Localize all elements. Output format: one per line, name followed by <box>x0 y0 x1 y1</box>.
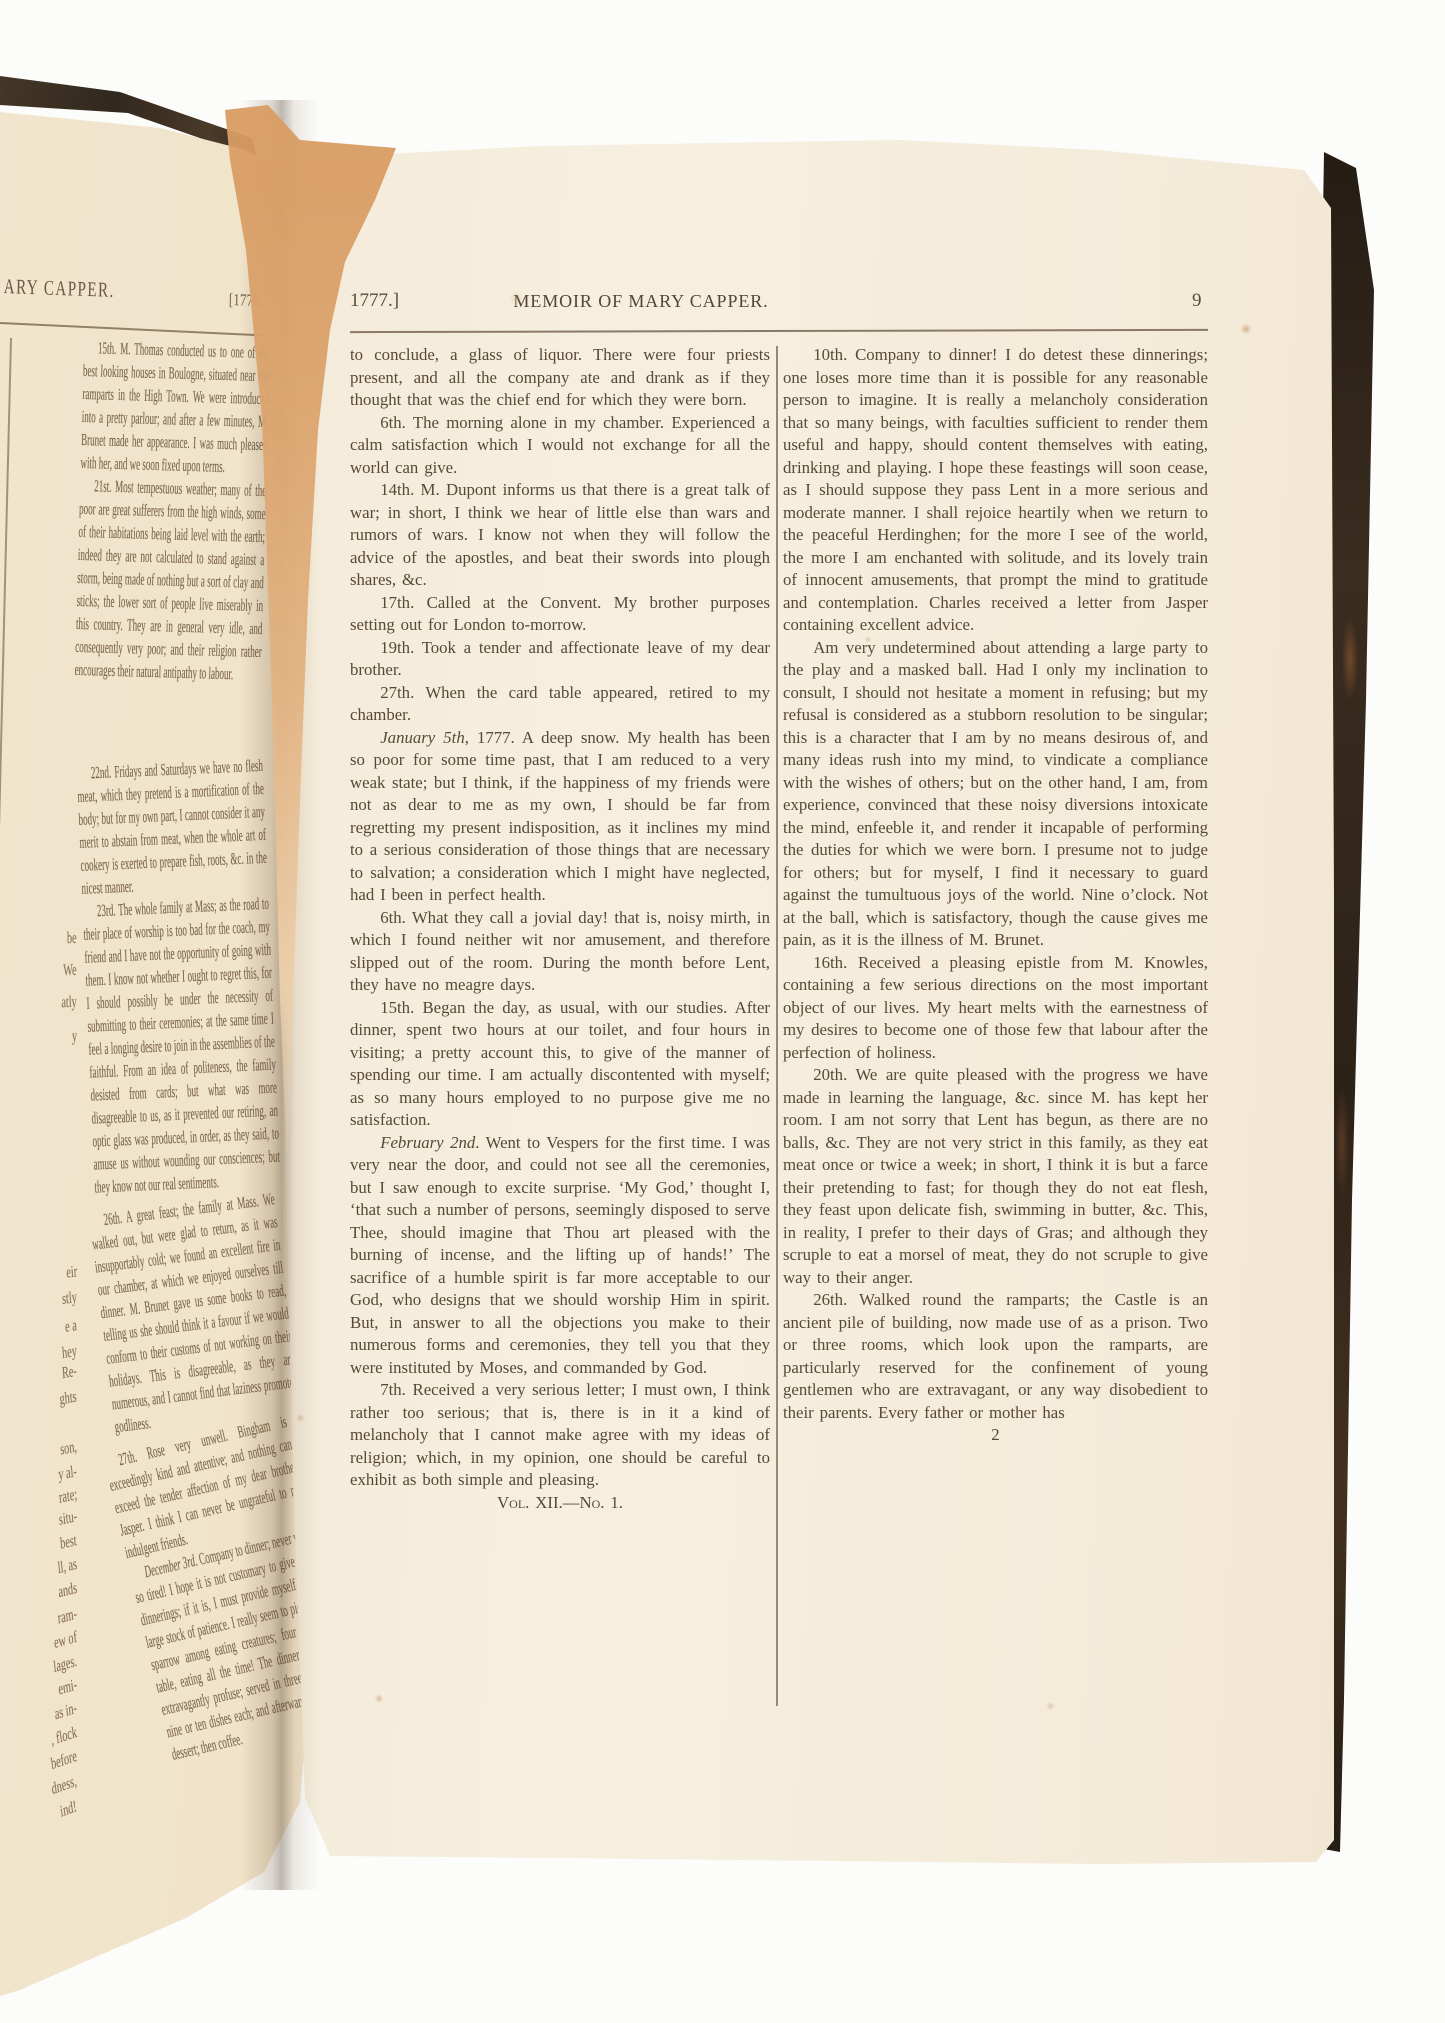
right-page-column-rule <box>776 346 778 1706</box>
paragraph: 19th. Took a tender and affectionate lea… <box>350 637 770 682</box>
paragraph: 26th. A great feast; the family at Mass.… <box>88 1187 301 1438</box>
paragraph: 16th. Received a pleasing epistle from M… <box>783 952 1208 1065</box>
paragraph: 27th. When the card table appeared, reti… <box>350 682 770 727</box>
edge-fragment: ram- <box>57 1604 78 1629</box>
edge-fragment: best <box>60 1530 78 1554</box>
left-page-text-segment: 15th. M. Thomas conducted us to one of t… <box>74 336 270 686</box>
edge-fragment: y al- <box>58 1461 78 1484</box>
edge-fragment: son, <box>59 1436 77 1459</box>
edge-fragment: y <box>72 1026 77 1046</box>
edge-fragment: Re- <box>61 1361 77 1383</box>
paragraph: 20th. We are quite pleased with the prog… <box>783 1064 1208 1289</box>
paragraph: 10th. Company to dinner! I do detest the… <box>783 344 1208 637</box>
right-page-number: 9 <box>1192 290 1202 312</box>
paragraph: February 2nd. Went to Vespers for the fi… <box>350 1132 770 1380</box>
paragraph: 26th. Walked round the ramparts; the Cas… <box>783 1289 1208 1424</box>
edge-fragment: ew of <box>53 1627 78 1653</box>
paragraph: 7th. Received a very serious letter; I m… <box>350 1379 770 1492</box>
paragraph: 6th. What they call a jovial day! that i… <box>350 907 770 997</box>
edge-fragment: We <box>63 960 77 980</box>
book-photo: { "colors": { "background": "#fcfcfb", "… <box>0 0 1445 2023</box>
edge-fragment: eir <box>66 1261 78 1282</box>
paragraph: 6th. The morning alone in my chamber. Ex… <box>350 412 770 480</box>
edge-fragment: dness, <box>51 1771 78 1799</box>
edge-fragment: situ- <box>58 1506 78 1530</box>
foxing-spot <box>374 1694 384 1703</box>
edge-fragment: before <box>50 1746 78 1774</box>
paragraph: Vol. XII.—No. 1. <box>350 1492 770 1515</box>
edge-fragment: ands <box>57 1578 77 1602</box>
foxing-spot <box>1240 324 1252 334</box>
paragraph: 17th. Called at the Convent. My brother … <box>350 592 770 637</box>
paragraph: 23rd. The whole family at Mass; as the r… <box>82 892 281 1199</box>
paragraph: 21st. Most tempestuous weather; many of … <box>74 474 266 686</box>
right-page-header-rule <box>350 329 1208 333</box>
edge-fragment: ind! <box>59 1796 78 1821</box>
paragraph: Am very undetermined about attending a l… <box>783 637 1208 952</box>
foxing-spot <box>1046 1702 1055 1710</box>
left-page-header-year: [1776. <box>229 290 264 311</box>
paragraph: 14th. M. Dupont informs us that there is… <box>350 479 770 592</box>
paragraph: to conclude, a glass of liquor. There we… <box>350 344 770 412</box>
left-page-text-segment: 26th. A great feast; the family at Mass.… <box>88 1187 301 1438</box>
right-page-right-column: 10th. Company to dinner! I do detest the… <box>783 344 1208 1447</box>
paragraph: 15th. Began the day, as usual, with our … <box>350 997 770 1132</box>
edge-fragment: lages. <box>52 1651 77 1677</box>
paragraph: 22nd. Fridays and Saturdays we have no f… <box>76 754 268 900</box>
foxing-spot <box>296 1414 305 1422</box>
edge-fragment: as in- <box>53 1698 77 1725</box>
paragraph: 2 <box>783 1424 1208 1447</box>
edge-fragment: emi- <box>57 1674 78 1699</box>
paragraph: January 5th, 1777. A deep snow. My healt… <box>350 727 770 907</box>
edge-fragment: stly <box>62 1287 78 1309</box>
edge-fragment: atly <box>61 992 77 1013</box>
right-page-left-column: to conclude, a glass of liquor. There we… <box>350 344 770 1514</box>
right-page-running-title: MEMOIR OF MARY CAPPER. <box>500 291 782 312</box>
edge-fragment: be <box>67 928 77 948</box>
left-page-edge-fragments: beWeatlyyeirstlye aheyRe-ghtsson,y al-ra… <box>0 0 82 2023</box>
edge-fragment: e a <box>65 1315 78 1337</box>
left-page-text-segment: 22nd. Fridays and Saturdays we have no f… <box>76 754 281 1199</box>
paragraph: 15th. M. Thomas conducted us to one of t… <box>80 336 270 479</box>
edge-fragment: rate; <box>58 1484 78 1508</box>
edge-fragment: ghts <box>59 1387 77 1410</box>
right-page-header-year: 1777.] <box>350 290 399 312</box>
edge-fragment: ll, as <box>57 1554 78 1578</box>
